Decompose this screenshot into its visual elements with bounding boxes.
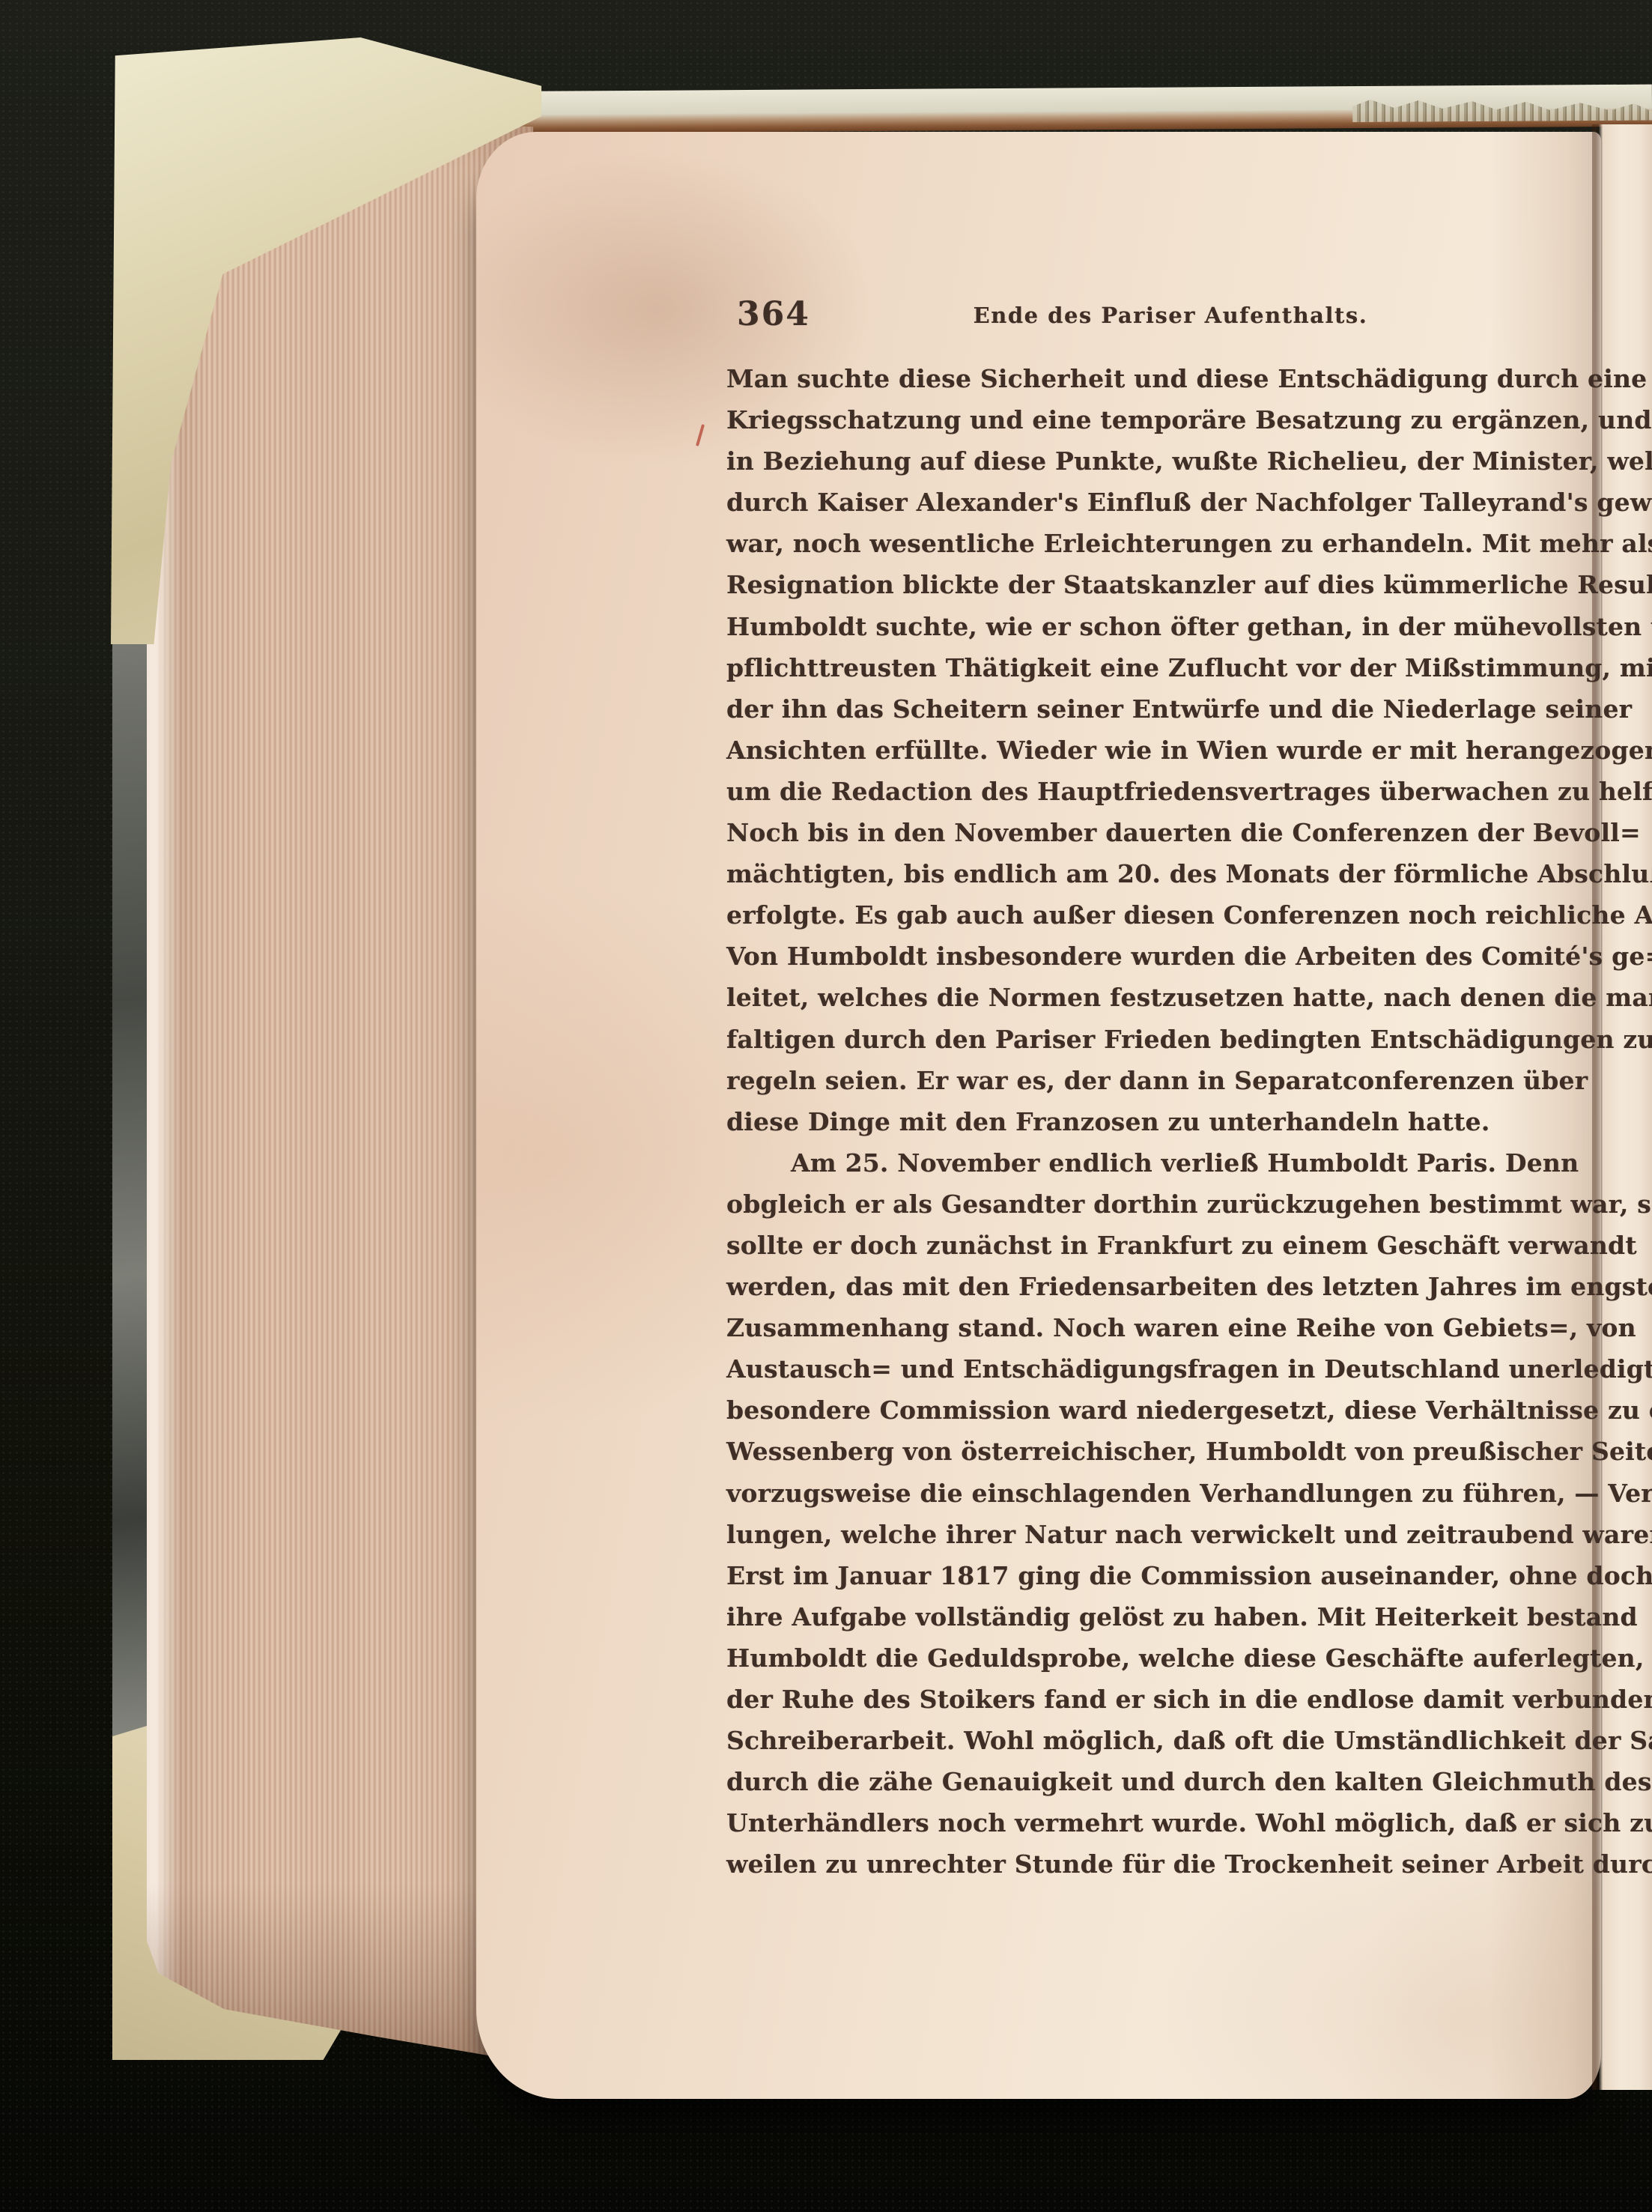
text-line: Man suchte diese Sicherheit und diese En… — [726, 358, 1570, 399]
text-line: um die Redaction des Hauptfriedensvertra… — [726, 771, 1570, 812]
text-line: Resignation blickte der Staatskanzler au… — [726, 564, 1570, 605]
text-line: durch die zähe Genauigkeit und durch den… — [726, 1761, 1570, 1802]
text-line: war, noch wesentliche Erleichterungen zu… — [726, 523, 1570, 564]
text-line: der Ruhe des Stoikers fand er sich in di… — [726, 1679, 1570, 1720]
text-line: vorzugsweise die einschlagenden Verhandl… — [726, 1473, 1570, 1514]
text-line: Wessenberg von österreichischer, Humbold… — [726, 1431, 1570, 1472]
text-line: Humboldt suchte, wie er schon öfter geth… — [726, 606, 1570, 647]
text-line: der ihn das Scheitern seiner Entwürfe un… — [726, 688, 1570, 730]
page-header: 364 Ende des Pariser Aufenthalts. — [726, 294, 1570, 340]
text-line: obgleich er als Gesandter dorthin zurück… — [726, 1184, 1570, 1225]
text-line: Schreiberarbeit. Wohl möglich, daß oft d… — [726, 1720, 1570, 1761]
text-line: Von Humboldt insbesondere wurden die Arb… — [726, 936, 1570, 977]
body-text: Man suchte diese Sicherheit und diese En… — [726, 358, 1570, 1885]
text-line: faltigen durch den Pariser Frieden bedin… — [726, 1019, 1570, 1060]
text-line: Zusammenhang stand. Noch waren eine Reih… — [726, 1307, 1570, 1348]
text-line: Kriegsschatzung und eine temporäre Besat… — [726, 399, 1570, 440]
text-line: Ansichten erfüllte. Wieder wie in Wien w… — [726, 730, 1570, 771]
text-line: leitet, welches die Normen festzusetzen … — [726, 977, 1570, 1018]
text-line: ihre Aufgabe vollständig gelöst zu haben… — [726, 1596, 1570, 1637]
text-line: Austausch= und Entschädigungsfragen in D… — [726, 1348, 1570, 1390]
text-line: Noch bis in den November dauerten die Co… — [726, 812, 1570, 853]
text-line: in Beziehung auf diese Punkte, wußte Ric… — [726, 440, 1570, 482]
text-line: weilen zu unrechter Stunde für die Trock… — [726, 1843, 1570, 1885]
text-line: pflichttreusten Thätigkeit eine Zuflucht… — [726, 647, 1570, 688]
text-line: lungen, welche ihrer Natur nach verwicke… — [726, 1514, 1570, 1555]
text-line: besondere Commission ward niedergesetzt,… — [726, 1390, 1570, 1431]
text-line: erfolgte. Es gab auch außer diesen Confe… — [726, 894, 1570, 936]
text-line: regeln seien. Er war es, der dann in Sep… — [726, 1060, 1570, 1101]
text-line: sollte er doch zunächst in Frankfurt zu … — [726, 1225, 1570, 1266]
page-edges-fan — [147, 69, 533, 2063]
text-line: Am 25. November endlich verließ Humboldt… — [726, 1142, 1570, 1184]
text-line: Unterhändlers noch vermehrt wurde. Wohl … — [726, 1802, 1570, 1843]
text-line: mächtigten, bis endlich am 20. des Monat… — [726, 853, 1570, 894]
text-line: Erst im Januar 1817 ging die Commission … — [726, 1555, 1570, 1596]
photo-background: 364 Ende des Pariser Aufenthalts. Man su… — [0, 0, 1652, 2212]
text-line: durch Kaiser Alexander's Einfluß der Nac… — [726, 482, 1570, 523]
text-line: werden, das mit den Friedensarbeiten des… — [726, 1266, 1570, 1307]
text-line: Humboldt die Geduldsprobe, welche diese … — [726, 1637, 1570, 1679]
text-line: diese Dinge mit den Franzosen zu unterha… — [726, 1101, 1570, 1142]
running-head: Ende des Pariser Aufenthalts. — [726, 303, 1570, 328]
